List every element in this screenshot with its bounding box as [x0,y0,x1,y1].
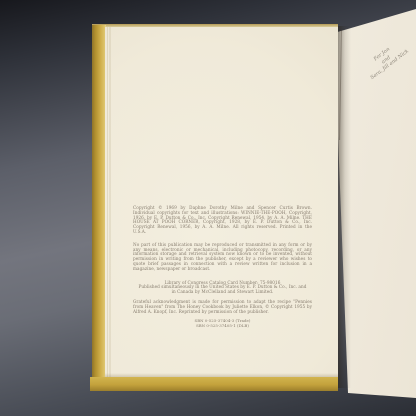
copyright-paragraph: Copyright © 1969 by Daphne Dorothy Milne… [133,206,312,235]
stacked-page-edges [107,27,112,377]
book-cover-left-edge [92,25,106,391]
rights-paragraph: No part of this publication may be repro… [133,243,312,272]
copyright-text-block: Copyright © 1969 by Daphne Dorothy Milne… [133,206,312,329]
page-bottom-shadow [105,373,338,377]
isbn-library-line: SBN 0-525-37405-1 (DLB) [133,324,312,329]
isbn-block: SBN 0-525-37404-3 (Trade) SBN 0-525-3740… [133,319,312,328]
book-cover-bottom-edge [90,377,338,391]
published-line-2: in Canada by McClelland and Stewart Limi… [133,290,312,295]
book-photo-scene: For Jon and Sara, Jill and Nick Copyrigh… [0,0,416,416]
acknowledgment-paragraph: Grateful acknowledgment is made for perm… [133,300,312,314]
